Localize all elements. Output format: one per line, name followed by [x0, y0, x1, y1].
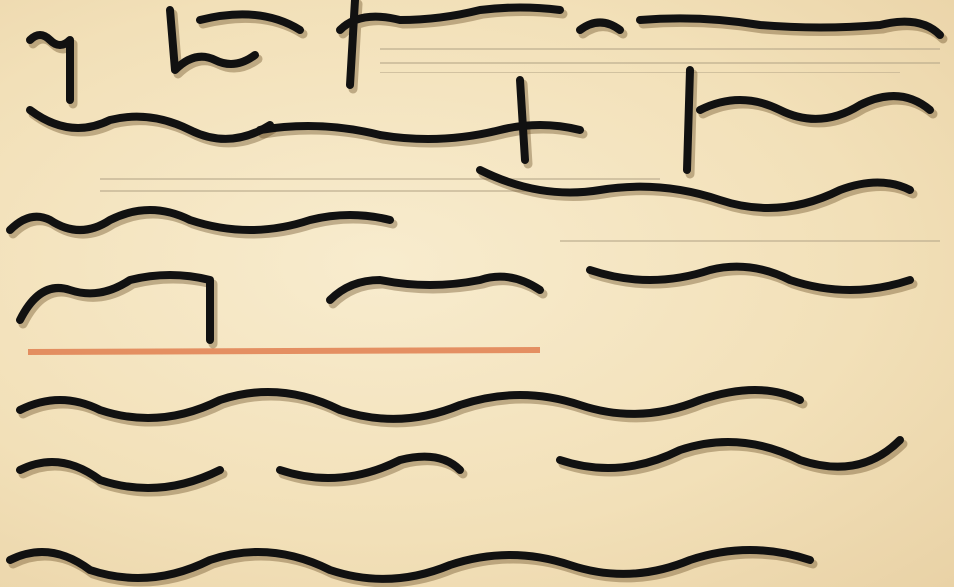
manuscript-script — [0, 0, 954, 587]
red-underline — [28, 350, 540, 352]
manuscript-photo: Close-up photograph of a historical hand… — [0, 0, 954, 587]
